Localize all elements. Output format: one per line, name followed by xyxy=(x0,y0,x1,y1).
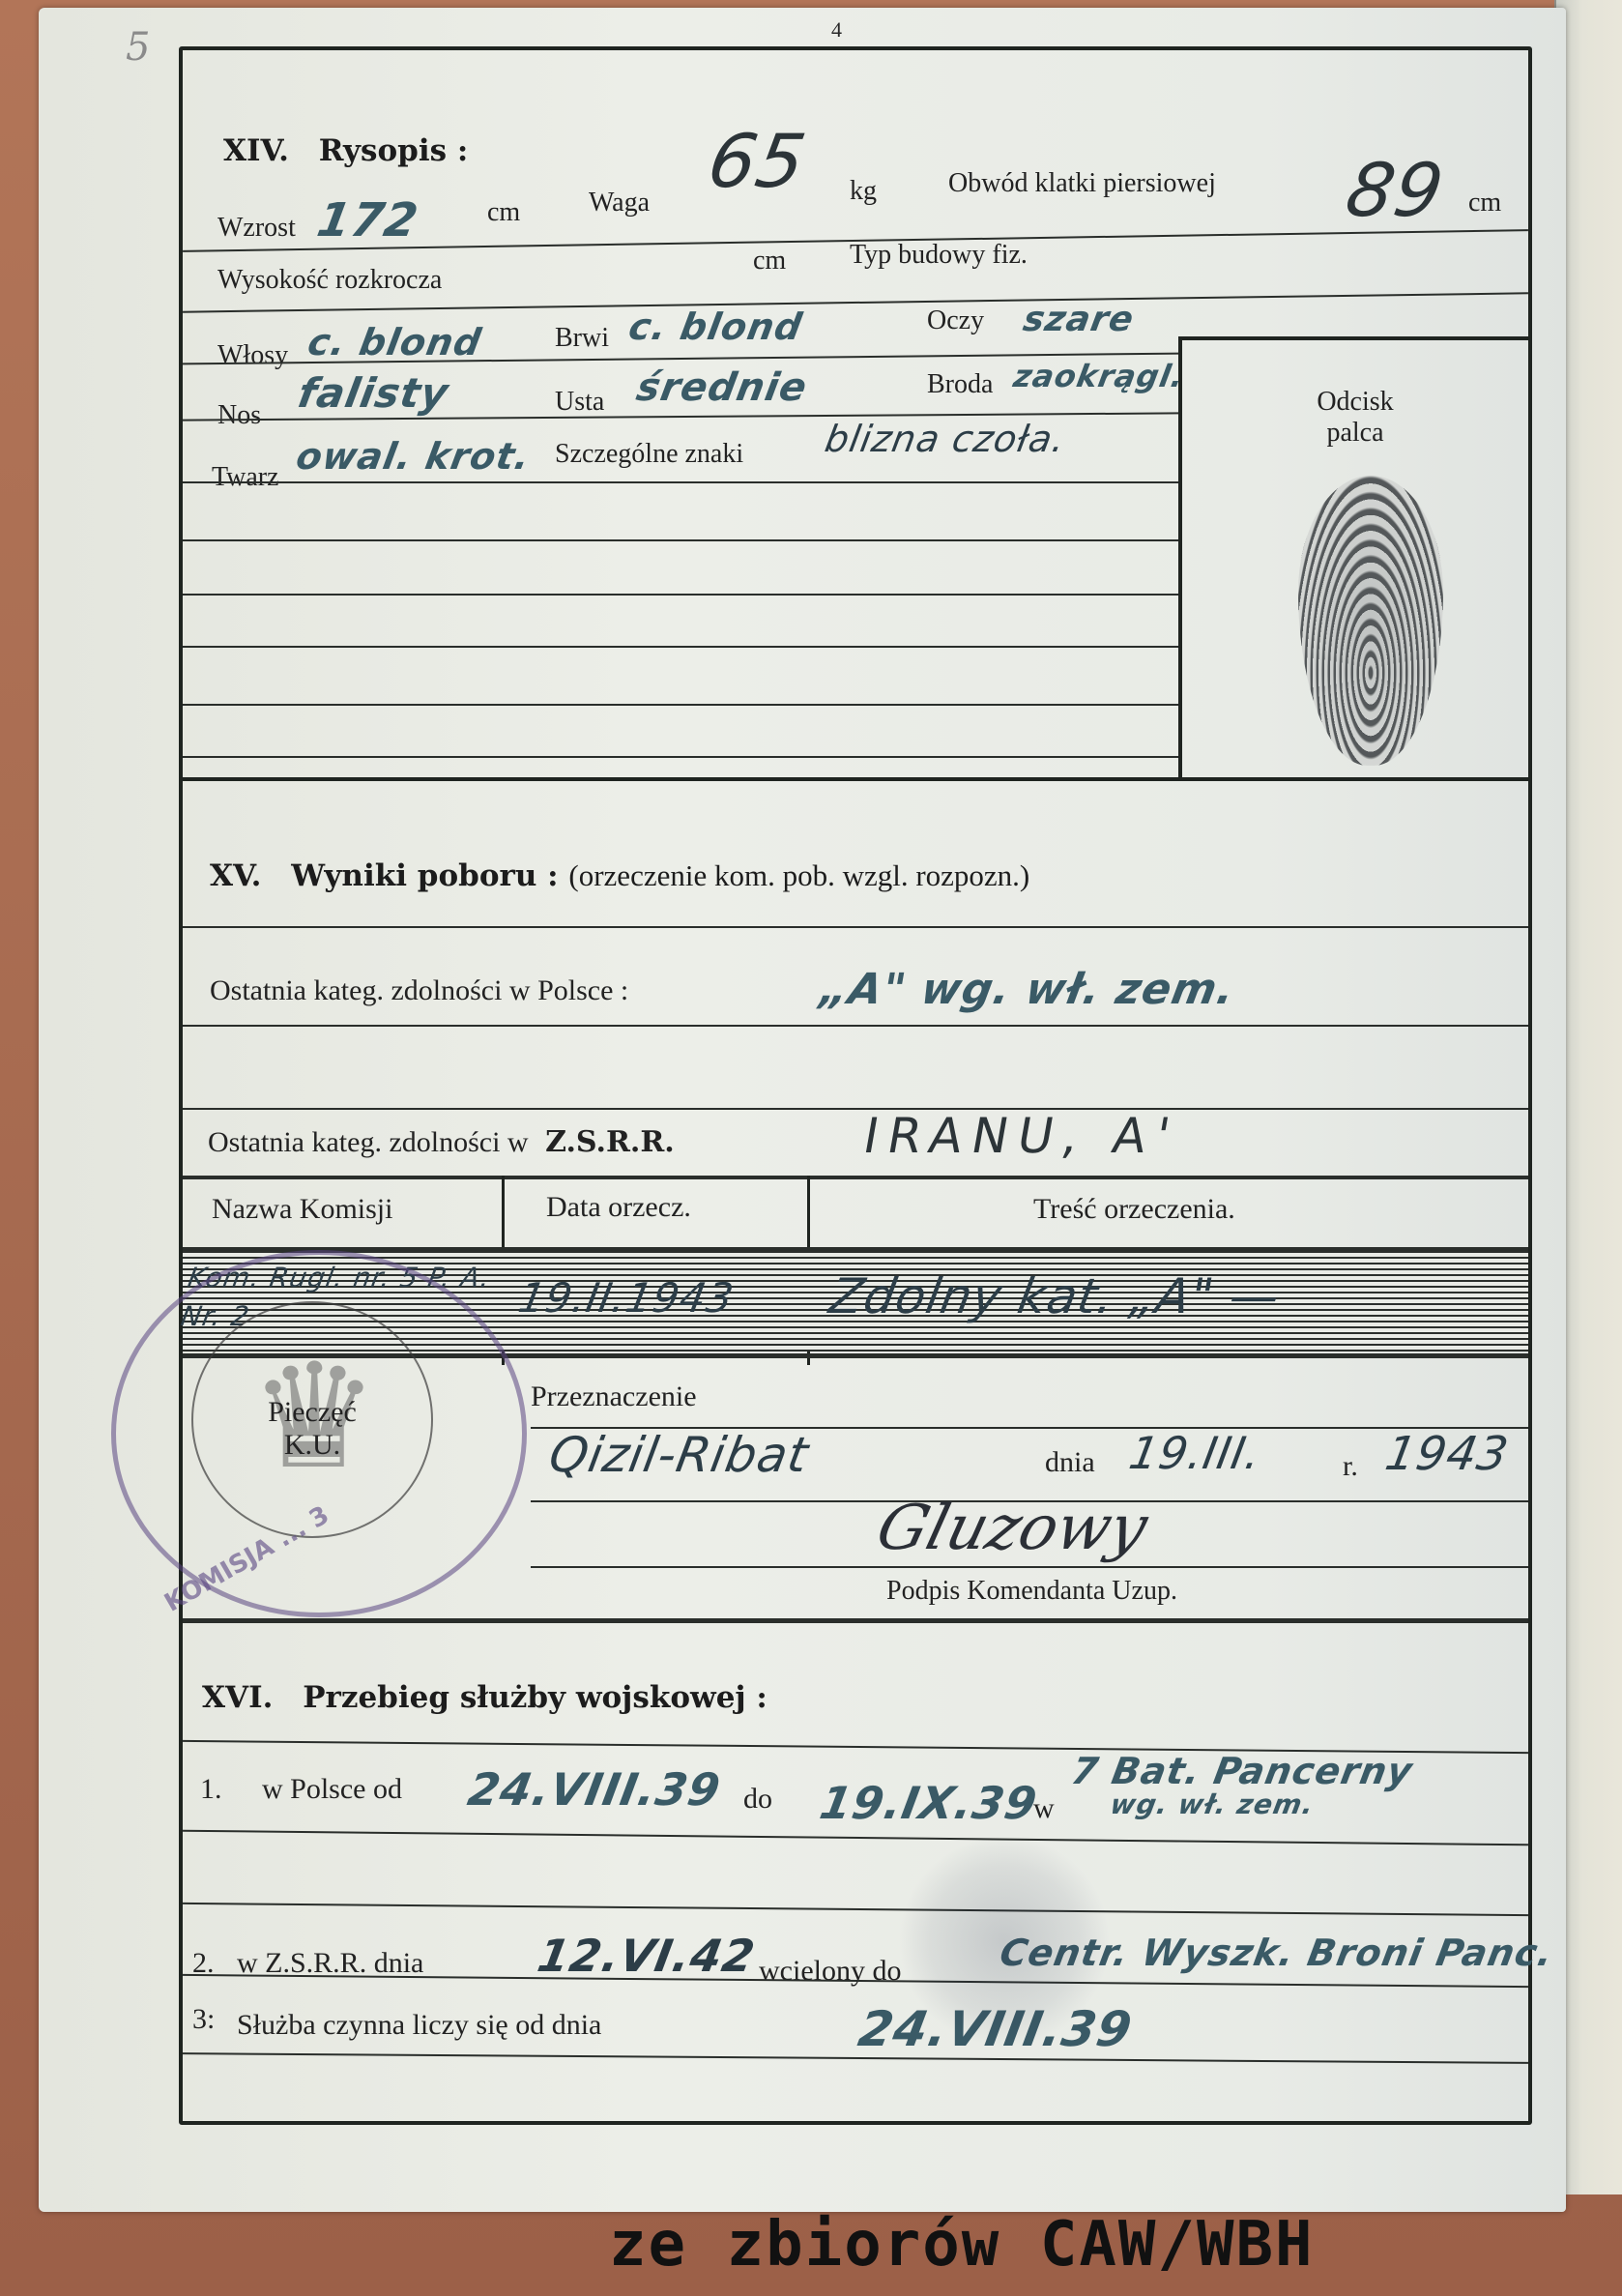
fingerprint-label: Odcisk palca xyxy=(1182,387,1528,449)
section-xiv-description: XIV. Rysopis : Wzrost 172 cm Waga 65 kg … xyxy=(183,50,1528,781)
chin-label: Broda xyxy=(927,369,993,400)
row-divider xyxy=(183,1108,1528,1110)
poland-category-value: „A" wg. wł. zem. xyxy=(817,965,1239,1014)
section-title: Przebieg służby wojskowej : xyxy=(303,1680,768,1715)
weight-unit: kg xyxy=(850,176,877,207)
fingerprint-image xyxy=(1298,476,1443,766)
blank-line xyxy=(183,704,1180,706)
mouth-label: Usta xyxy=(555,387,604,418)
mouth-value: średnie xyxy=(633,365,811,410)
year-value: 1943 xyxy=(1381,1427,1513,1481)
signature-label: Podpis Komendanta Uzup. xyxy=(886,1576,1177,1607)
blank-line xyxy=(183,594,1180,596)
entry-from-value: 24.VIII.39 xyxy=(464,1763,724,1816)
blank-line xyxy=(183,646,1180,648)
entry-to-label: do xyxy=(743,1783,772,1816)
hair-value: c. blond xyxy=(304,321,485,363)
entry-in-value: 7 Bat. Pancerny xyxy=(1068,1750,1416,1792)
special-marks-label: Szczególne znaki xyxy=(555,439,743,470)
column-header-commission: Nazwa Komisji xyxy=(212,1193,392,1226)
row-divider xyxy=(531,1566,1528,1568)
row-divider xyxy=(183,1903,1528,1916)
poland-category-label: Ostatnia kateg. zdolności w Polsce : xyxy=(210,974,628,1007)
section-title: Rysopis : xyxy=(319,133,469,168)
stamp-label: Pieczęć K.U. xyxy=(193,1396,431,1462)
eyes-value: szare xyxy=(1020,300,1137,339)
day-label: dnia xyxy=(1045,1446,1095,1479)
chest-value: 89 xyxy=(1340,147,1450,233)
fingerprint-box: Odcisk palca xyxy=(1178,336,1528,781)
table-top-border xyxy=(183,1176,1528,1179)
section-xiv-title: XIV. Rysopis : xyxy=(223,133,468,168)
height-unit: cm xyxy=(487,197,520,228)
official-stamp: ♛ Pieczęć K.U. KOMISJA ... 3 xyxy=(111,1250,527,1617)
entry-in-value-line2: wg. wł. zem. xyxy=(1108,1788,1317,1820)
section-xv-title: XV. Wyniki poboru : (orzeczenie kom. pob… xyxy=(210,858,1029,893)
section-number: XVI. xyxy=(202,1680,273,1715)
commander-signature: Gluzowy xyxy=(870,1493,1154,1564)
ink-splatter xyxy=(898,1835,1111,2048)
column-header-content: Treść orzeczenia. xyxy=(1033,1193,1235,1226)
entry-from-label: w Polsce od xyxy=(262,1773,402,1806)
chin-value: zaokrągl. xyxy=(1011,358,1188,394)
build-type-label: Typ budowy fiz. xyxy=(850,240,1028,271)
document-page: 5 4 XIV. Rysopis : Wzrost 172 cm Waga 65… xyxy=(39,8,1566,2212)
row-divider xyxy=(183,1830,1528,1846)
section-number: XIV. xyxy=(223,133,289,168)
column-header-date: Data orzecz. xyxy=(546,1191,691,1224)
height-label: Wzrost xyxy=(217,213,296,244)
row-divider xyxy=(183,481,1180,483)
ruling-date-value: 19.II.1943 xyxy=(515,1274,738,1322)
entry-in-label: w xyxy=(1033,1792,1055,1825)
nose-value: falisty xyxy=(295,369,453,417)
form-frame: XIV. Rysopis : Wzrost 172 cm Waga 65 kg … xyxy=(179,46,1532,2125)
eyes-label: Oczy xyxy=(927,305,984,336)
row-divider xyxy=(183,926,1528,928)
chest-unit: cm xyxy=(1468,188,1501,218)
crotch-height-label: Wysokość rozkrocza xyxy=(217,265,442,296)
chest-label: Obwód klatki piersiowej xyxy=(948,168,1216,199)
section-xvi-service-history: XVI. Przebieg służby wojskowej : 1. w Po… xyxy=(183,1622,1528,2129)
assignment-label: Przeznaczenie xyxy=(531,1381,697,1413)
archive-watermark: ze zbiorów CAW/WBH xyxy=(609,2209,1315,2281)
blank-line xyxy=(183,756,1180,758)
face-label: Twarz xyxy=(212,462,279,493)
entry-ussr-date-value: 12.VI.42 xyxy=(534,1930,759,1982)
weight-value: 65 xyxy=(702,118,812,204)
brows-value: c. blond xyxy=(625,305,806,348)
year-label: r. xyxy=(1343,1450,1358,1483)
ussr-category-value: IRANU, A' xyxy=(859,1108,1184,1164)
entry-assigned-label: wcielony do xyxy=(759,1955,901,1988)
weight-label: Waga xyxy=(589,188,650,218)
blank-line xyxy=(183,539,1180,541)
entry-to-value: 19.IX.39 xyxy=(816,1777,1041,1829)
nose-label: Nos xyxy=(217,400,261,431)
entry-number: 1. xyxy=(200,1773,222,1806)
face-value: owal. krot. xyxy=(293,435,534,478)
page-number: 4 xyxy=(831,17,842,43)
corner-mark: 5 xyxy=(126,25,150,70)
day-value: 19.III. xyxy=(1125,1427,1265,1479)
section-xvi-title: XVI. Przebieg służby wojskowej : xyxy=(202,1680,768,1715)
brows-label: Brwi xyxy=(555,323,609,354)
stamp-inner-ring: ♛ Pieczęć K.U. xyxy=(191,1301,433,1538)
active-service-label: Służba czynna liczy się od dnia xyxy=(237,2009,601,2042)
special-marks-value: blizna czoła. xyxy=(822,418,1069,460)
row-divider xyxy=(183,1025,1528,1027)
crotch-height-unit: cm xyxy=(753,246,786,276)
section-title: Wyniki poboru : xyxy=(291,858,558,893)
section-number: XV. xyxy=(210,858,261,893)
hair-label: Włosy xyxy=(217,340,288,371)
ussr-category-label: Ostatnia kateg. zdolności w Z.S.R.R. xyxy=(208,1125,675,1159)
section-subtitle: (orzeczenie kom. pob. wzgl. rozpozn.) xyxy=(568,858,1029,892)
ruling-content-value: Zdolny kat. „A" — xyxy=(825,1268,1285,1324)
height-value: 172 xyxy=(313,193,422,247)
assignment-value: Qizil-Ribat xyxy=(545,1427,813,1483)
entry-number: 3: xyxy=(192,2003,215,2036)
